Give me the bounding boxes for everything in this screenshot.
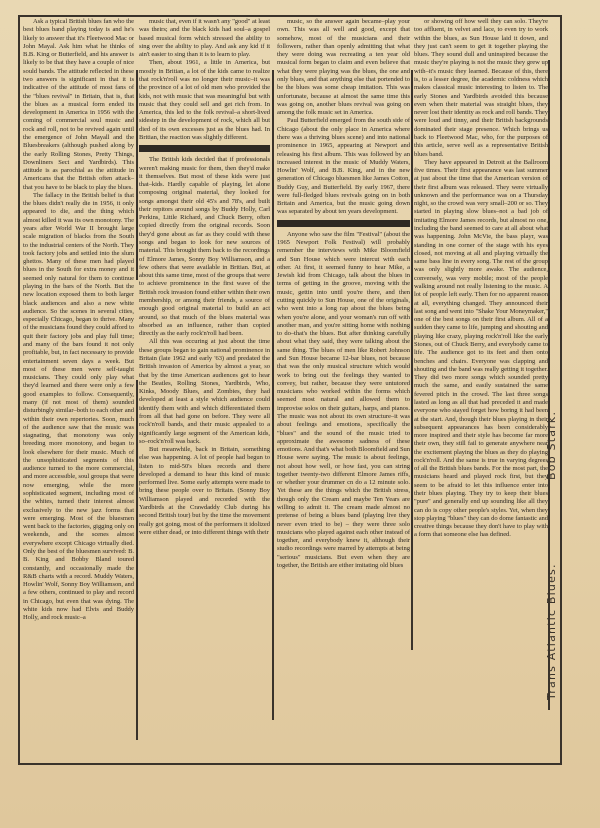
section-divider-bar [139,145,270,152]
article-column-3: music, so the answer again became–play y… [277,18,410,570]
column-rule-3 [272,70,274,490]
paragraph: music that, even if it wasn't any "good"… [139,18,270,59]
section-divider-bar [277,220,410,227]
paragraph: They have appeared in Detroit at the Bal… [414,159,548,540]
paragraph: music, so the answer again became–play y… [277,18,410,117]
article-column-2: music that, even if it wasn't any "good"… [139,18,270,537]
article-column-4: or showing off how well they can solo. T… [414,18,548,540]
column-rule-1 [136,70,138,280]
paragraph: All this was occuring at just about the … [139,338,270,446]
article-author: Bob Stark. [545,411,558,480]
column-rule-6 [411,470,413,650]
article-title: Trans Atlantic Blues. [545,563,558,700]
paragraph: The fallacy in the British belief is tha… [23,192,134,623]
column-rule-2 [136,380,138,740]
paragraph: Ask a typical British blues fan who the … [23,18,134,192]
paragraph: Then, about 1961, a little in America, b… [139,59,270,142]
paragraph: The British kids decided that if profess… [139,156,270,338]
column-rule-4 [272,490,274,720]
vertical-title: Trans Atlantic Blues. Bob Stark. [545,280,565,700]
article-column-1: Ask a typical British blues fan who the … [23,18,134,623]
paragraph: Anyone who saw the film "Festival" (abou… [277,231,410,571]
column-rule-5 [411,70,413,470]
paragraph: or showing off how well they can solo. T… [414,18,548,159]
paragraph: But meanwhile, back in Britain, somethin… [139,446,270,537]
paragraph: Paul Butterfield emerged from the south … [277,117,410,216]
